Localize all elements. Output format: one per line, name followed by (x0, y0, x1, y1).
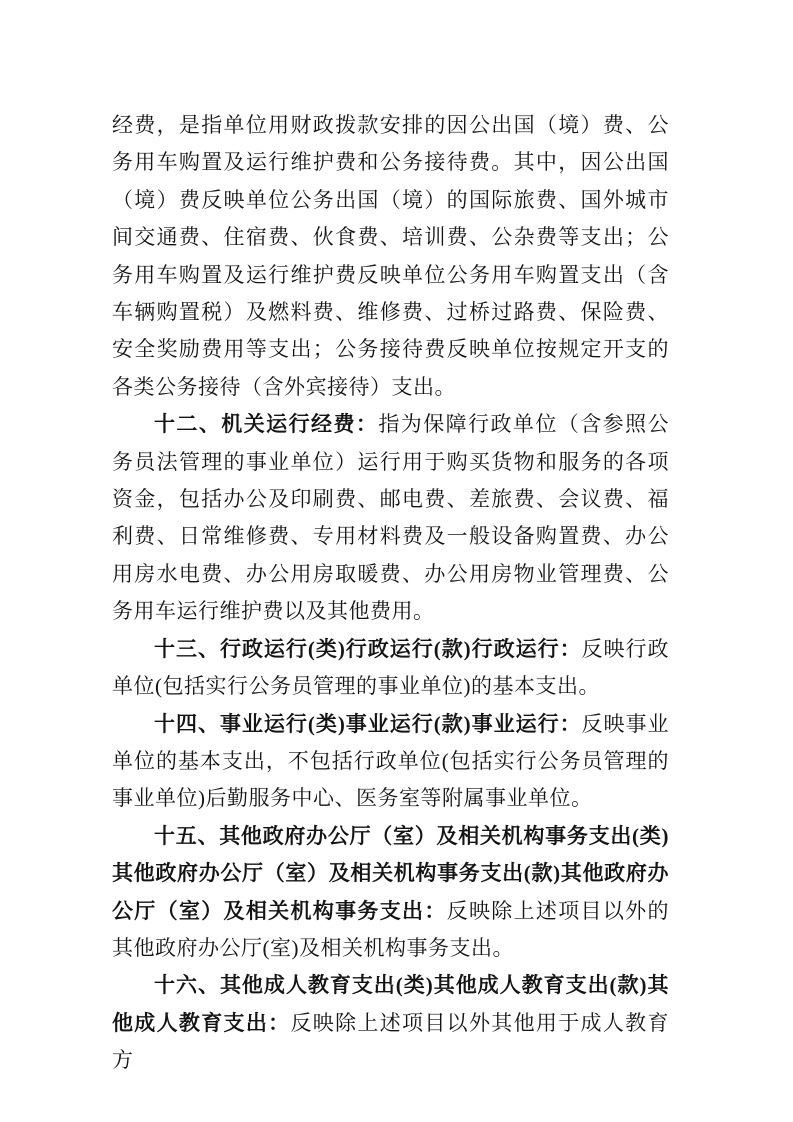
body-text-segment: 指为保障行政单位（含参照公务员法管理的事业单位）运行用于购买货物和服务的各项资金… (112, 412, 669, 623)
section-heading-segment: 十二、机关运行经费： (154, 412, 378, 436)
para-item-14: 十四、事业运行(类)事业运行(款)事业运行：反映事业单位的基本支出，不包括行政单… (112, 706, 669, 818)
para-item-16: 十六、其他成人教育支出(类)其他成人教育支出(款)其他成人教育支出：反映除上述项… (112, 967, 669, 1079)
document-page: 经费，是指单位用财政拨款安排的因公出国（境）费、公务用车购置及运行维护费和公务接… (0, 0, 793, 1122)
document-body: 经费，是指单位用财政拨款安排的因公出国（境）费、公务用车购置及运行维护费和公务接… (112, 107, 669, 1080)
section-heading-segment: 十四、事业运行(类)事业运行(款)事业运行： (154, 712, 582, 736)
para-item-13: 十三、行政运行(类)行政运行(款)行政运行：反映行政单位(包括实行公务员管理的事… (112, 631, 669, 706)
body-text-segment: 经费，是指单位用财政拨款安排的因公出国（境）费、公务用车购置及运行维护费和公务接… (112, 113, 669, 399)
para-item-12: 十二、机关运行经费：指为保障行政单位（含参照公务员法管理的事业单位）运行用于购买… (112, 406, 669, 630)
section-heading-segment: 十三、行政运行(类)行政运行(款)行政运行： (154, 637, 582, 661)
para-continuation-sangong: 经费，是指单位用财政拨款安排的因公出国（境）费、公务用车购置及运行维护费和公务接… (112, 107, 669, 406)
para-item-15: 十五、其他政府办公厅（室）及相关机构事务支出(类)其他政府办公厅（室）及相关机构… (112, 818, 669, 968)
